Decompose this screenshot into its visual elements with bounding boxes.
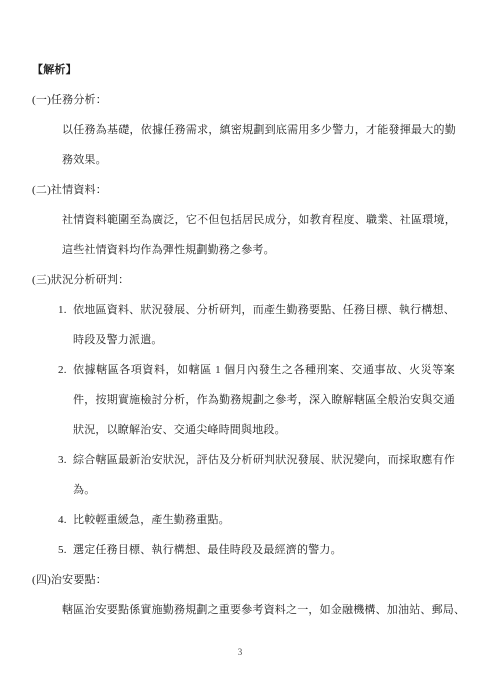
list-item: 3. 綜合轄區最新治安狀況，評估及分析研判狀況發展、狀況變向，而採取應有作為。 — [73, 445, 455, 505]
item-number: 5. — [58, 535, 67, 565]
heading-social-data: (二)社情資料： — [32, 175, 495, 205]
heading-task-analysis: (一)任務分析： — [32, 85, 495, 115]
item-text: 綜合轄區最新治安狀況，評估及分析研判狀況發展、狀況變向，而採取應有作為。 — [73, 454, 455, 496]
doc-title: 【解析】 — [32, 55, 495, 85]
heading-situation-analysis: (三)狀況分析研判： — [32, 265, 495, 295]
list-item: 5. 選定任務目標、執行構想、最佳時段及最經濟的警力。 — [73, 535, 455, 565]
paragraph-security-points: 轄區治安要點係實施勤務規劃之重要參考資料之一，如金融機構、加油站、郵局、 — [62, 595, 495, 625]
item-text: 比較輕重緩急，產生勤務重點。 — [73, 514, 230, 526]
list-item: 1. 依地區資料、狀況發展、分析研判，而產生勤務要點、任務目標、執行構想、時段及… — [73, 295, 455, 355]
item-text: 依據轄區各項資料，如轄區 1 個月內發生之各種刑案、交通事故、火災等案件，按期實… — [73, 364, 455, 436]
item-text: 依地區資料、狀況發展、分析研判，而產生勤務要點、任務目標、執行構想、時段及警力派… — [73, 304, 455, 346]
paragraph-task-analysis: 以任務為基礎，依據任務需求，縝密規劃到底需用多少警力，才能發揮最大的勤務效果。 — [62, 115, 456, 175]
item-number: 2. — [58, 355, 67, 385]
paragraph-social-data: 社情資料範圍至為廣泛，它不但包括居民成分，如教育程度、職業、社區環境，這些社情資… — [62, 205, 456, 265]
document-page: 【解析】 (一)任務分析： 以任務為基礎，依據任務需求，縝密規劃到底需用多少警力… — [0, 0, 495, 700]
item-number: 4. — [58, 505, 67, 535]
list-item: 2. 依據轄區各項資料，如轄區 1 個月內發生之各種刑案、交通事故、火災等案件，… — [73, 355, 455, 445]
heading-security-points: (四)治安要點： — [32, 565, 495, 595]
item-number: 1. — [58, 295, 67, 325]
list-item: 4. 比較輕重緩急，產生勤務重點。 — [73, 505, 455, 535]
page-number: 3 — [0, 648, 480, 657]
item-text: 選定任務目標、執行構想、最佳時段及最經濟的警力。 — [73, 544, 342, 556]
item-number: 3. — [58, 445, 67, 475]
